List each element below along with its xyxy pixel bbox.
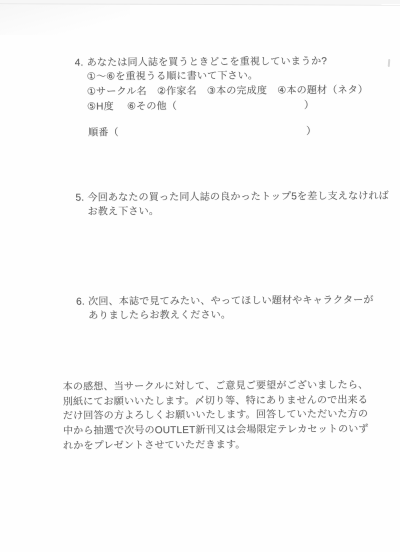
- closing-paragraph-line5: れかをプレゼントさせていただきます。: [63, 440, 245, 452]
- document-text-layer: 4. あなたは同人誌を買うときどこを重視していまうか? ①〜⑥を重視うる順に書い…: [0, 0, 400, 552]
- closing-paragraph-line3: だけ回答の方よろしくお願いいたします。回答していただいた方の: [63, 409, 368, 422]
- question4-option6-close-paren: ）: [304, 100, 314, 111]
- question5-title-line1: 今回あなたの買った同人誌の良かったトップ5を差し支えなければ: [87, 191, 388, 204]
- question5-title-line2: お教え下さい。: [88, 206, 159, 217]
- closing-paragraph-line4: 中から抽選で次号のOUTLET新刊又は会場限定テレカセットのいず: [63, 424, 369, 437]
- closing-paragraph-line2: 別紙にてお願いいたします。〆切り等、特にありませんので出来る: [63, 395, 368, 408]
- question4-number: 4.: [75, 58, 84, 69]
- question4-order-close-paren: ）: [306, 126, 316, 137]
- question4-title: あなたは同人誌を買うときどこを重視していまうか?: [87, 56, 327, 68]
- question5-number: 5.: [75, 193, 84, 204]
- closing-paragraph-line1: 本の感想、当サークルに対して、ご意見ご要望がございましたら、: [63, 380, 369, 393]
- question4-instruction: ①〜⑥を重視うる順に書いて下さい。: [87, 71, 258, 83]
- question4-order-label-open-paren: 順番（: [88, 127, 119, 138]
- question4-option6-open-paren: ⑥その他（: [127, 101, 177, 112]
- question4-option5: ⑤H度: [87, 101, 114, 112]
- scanned-questionnaire-page: 4. あなたは同人誌を買うときどこを重視していまうか? ①〜⑥を重視うる順に書い…: [0, 0, 400, 552]
- question6-number: 6.: [76, 297, 85, 308]
- question4-options-row1: ①サークル名 ②作家名 ③本の完成度 ④本の題材（ネタ）: [87, 85, 368, 98]
- question6-title-line2: ありましたらお教えください。: [88, 310, 231, 322]
- question6-title-line1: 次回、本誌で見てみたい、やってほしい題材やキャラクターが: [88, 295, 373, 308]
